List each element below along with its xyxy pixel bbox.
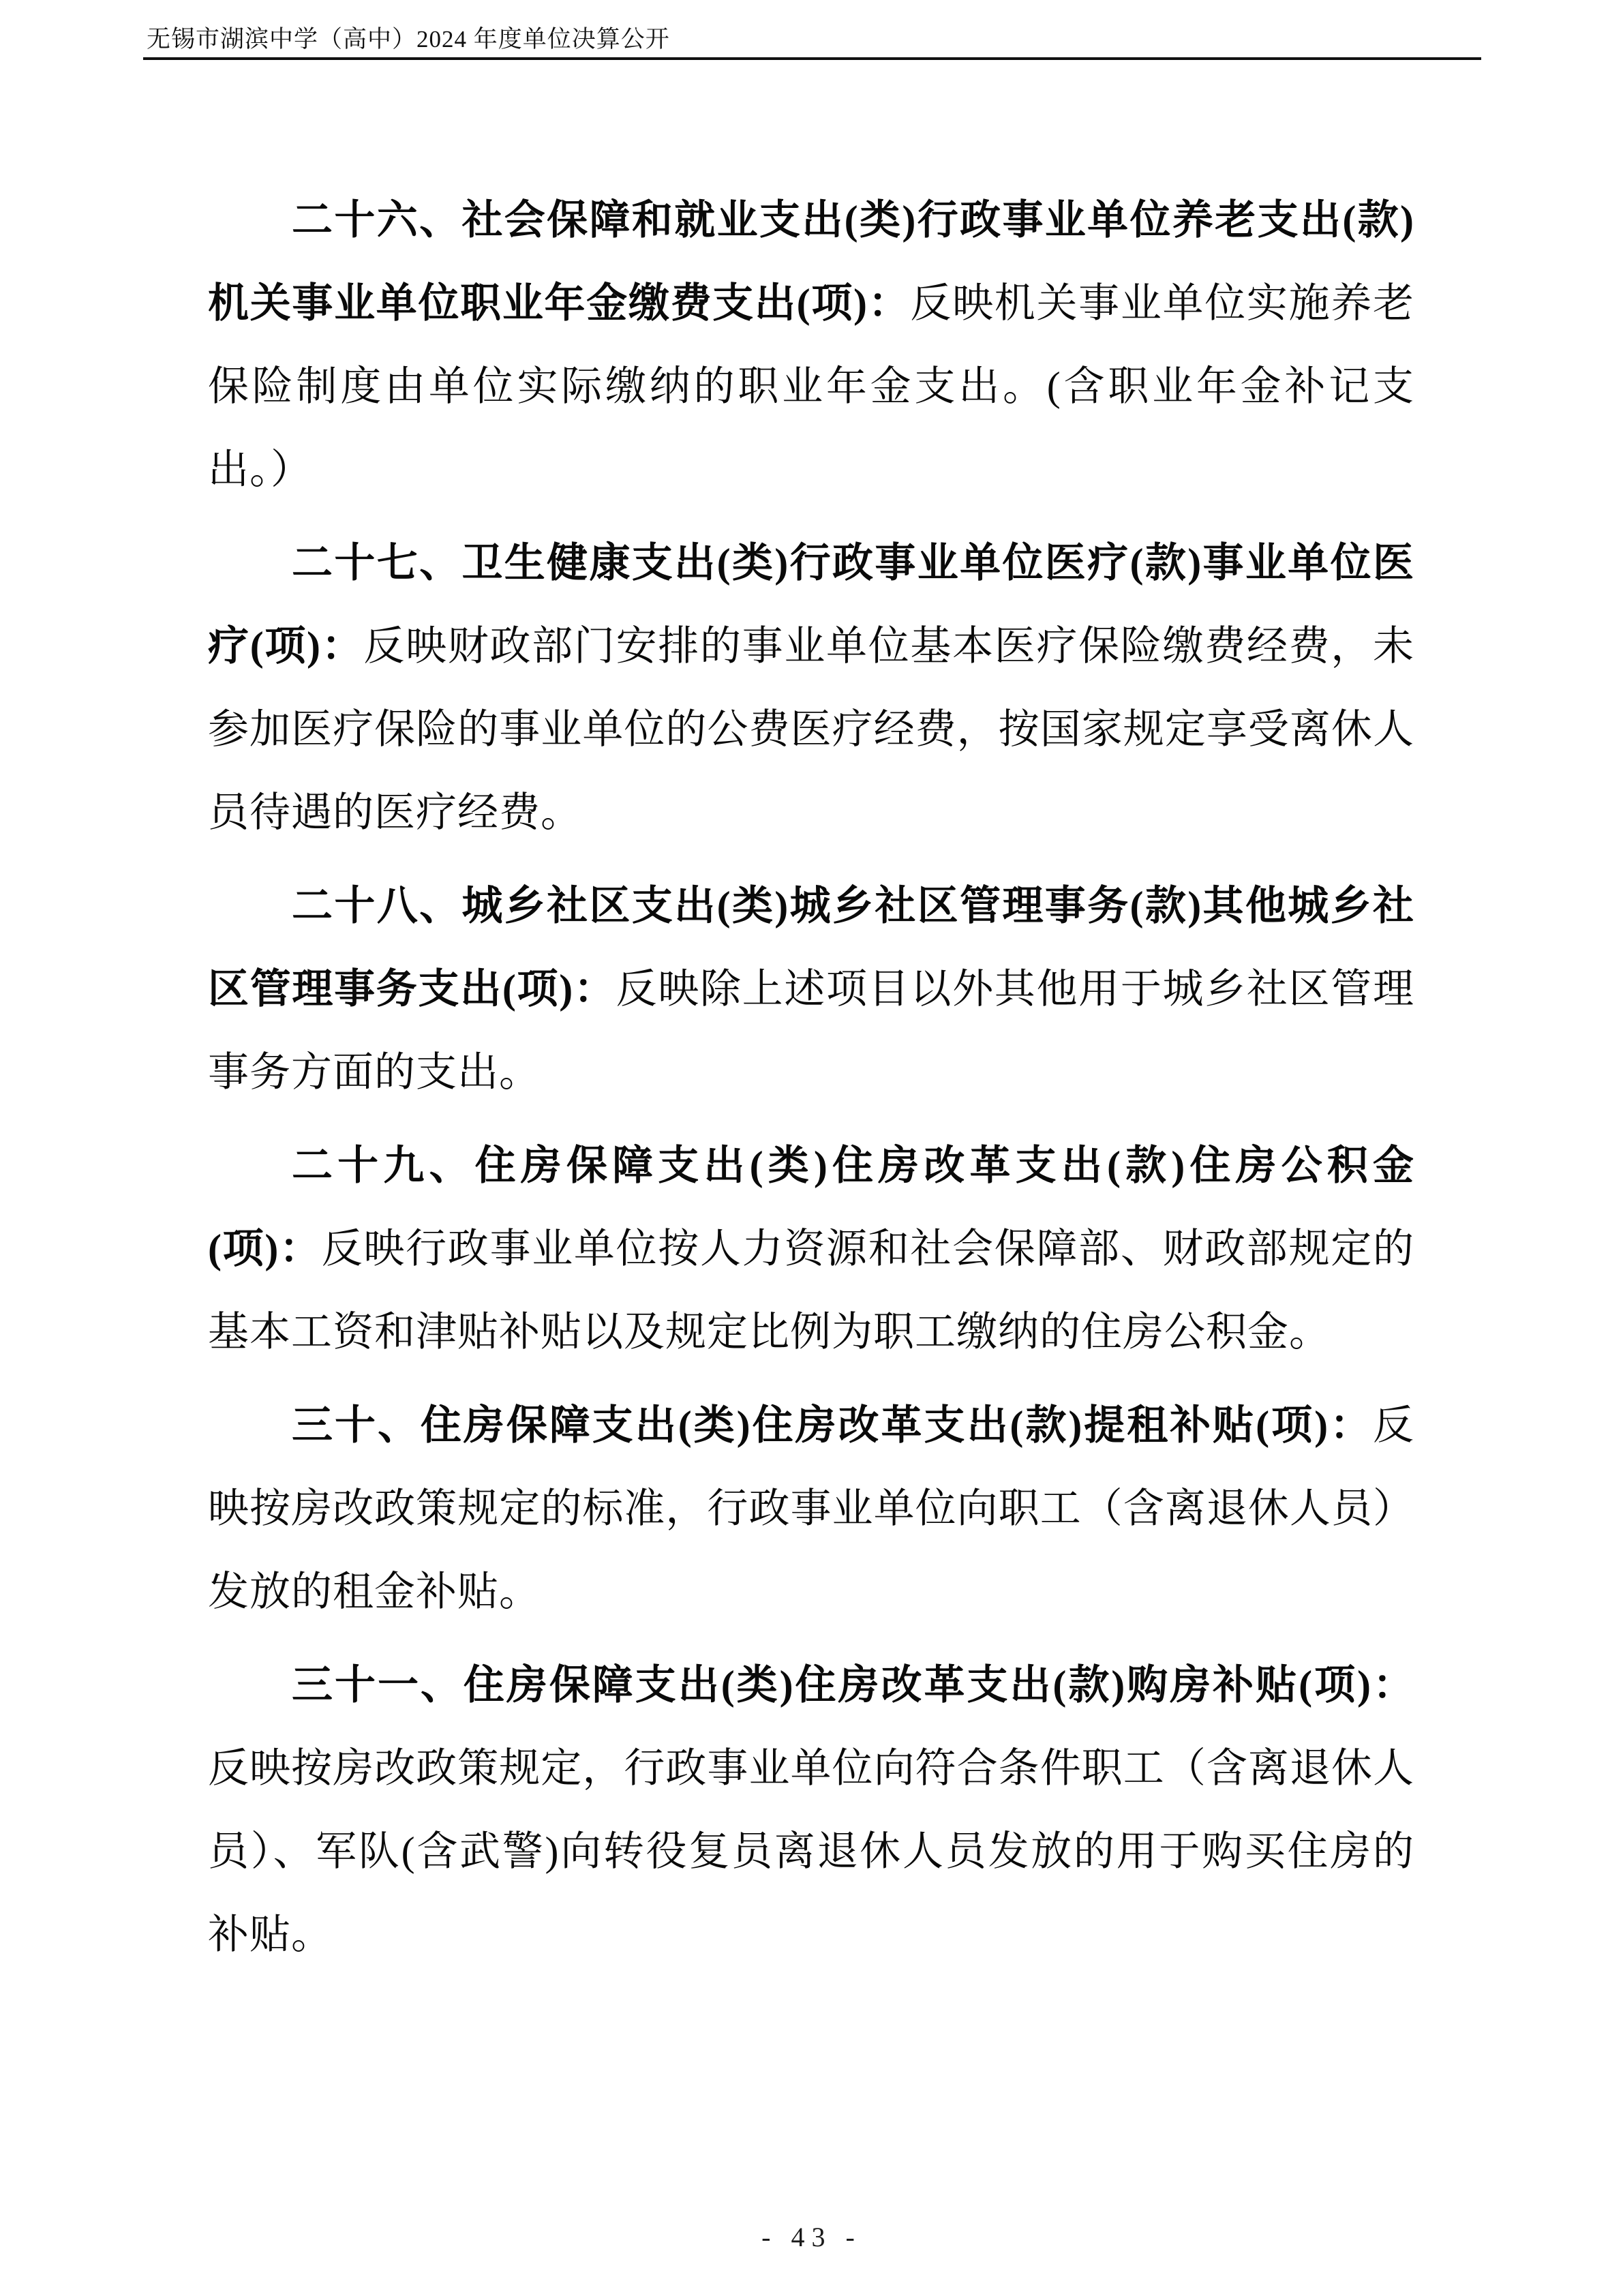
paragraph-30-heading: 三十、住房保障支出(类)住房改革支出(款)提租补贴(项)： [292, 1403, 1373, 1448]
paragraph-29: 二十九、住房保障支出(类)住房改革支出(款)住房公积金(项)：反映行政事业单位按… [208, 1124, 1414, 1374]
paragraph-27-text: 反映财政部门安排的事业单位基本医疗保险缴费经费，未参加医疗保险的事业单位的公费医… [208, 624, 1414, 835]
header-rule [143, 57, 1481, 60]
paragraph-31-text: 反映按房改政策规定，行政事业单位向符合条件职工（含离退休人员）、军队(含武警)向… [208, 1746, 1414, 1957]
header-title: 无锡市湖滨中学（高中）2024 年度单位决算公开 [147, 25, 670, 55]
paragraph-28: 二十八、城乡社区支出(类)城乡社区管理事务(款)其他城乡社区管理事务支出(项)：… [208, 864, 1414, 1114]
page-footer: - 43 - [0, 2221, 1623, 2253]
paragraph-27: 二十七、卫生健康支出(类)行政事业单位医疗(款)事业单位医疗(项)：反映财政部门… [208, 522, 1414, 854]
document-page: 无锡市湖滨中学（高中）2024 年度单位决算公开 二十六、社会保障和就业支出(类… [0, 0, 1623, 2296]
paragraph-29-text: 反映行政事业单位按人力资源和社会保障部、财政部规定的基本工资和津贴补贴以及规定比… [208, 1226, 1414, 1355]
page-number: - 43 - [761, 2222, 862, 2252]
document-body: 二十六、社会保障和就业支出(类)行政事业单位养老支出(款)机关事业单位职业年金缴… [208, 179, 1414, 1987]
paragraph-31-heading: 三十一、住房保障支出(类)住房改革支出(款)购房补贴(项)： [292, 1663, 1414, 1708]
paragraph-26: 二十六、社会保障和就业支出(类)行政事业单位养老支出(款)机关事业单位职业年金缴… [208, 179, 1414, 511]
paragraph-31: 三十一、住房保障支出(类)住房改革支出(款)购房补贴(项)：反映按房改政策规定，… [208, 1644, 1414, 1976]
paragraph-30: 三十、住房保障支出(类)住房改革支出(款)提租补贴(项)：反映按房改政策规定的标… [208, 1384, 1414, 1633]
